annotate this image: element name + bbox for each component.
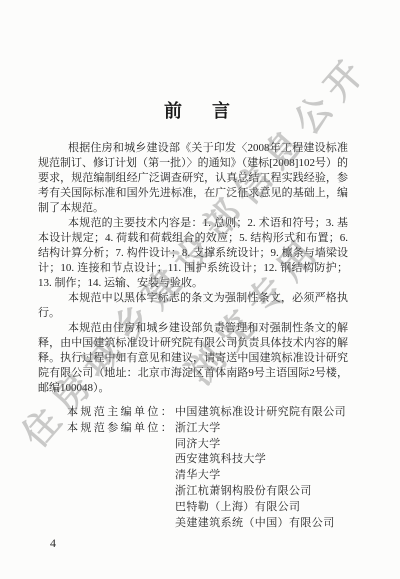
editing-organizations: 本规范主编单位： 中国建筑标准设计研究院有限公司 本规范参编单位： 浙江大学 同…	[38, 405, 348, 531]
participant-row: 浙江杭萧钢构股份有限公司	[38, 484, 348, 500]
participant-row: 巴特勒（上海）有限公司	[38, 500, 348, 516]
document-body: 根据住房和城乡建设部《关于印发〈2008年工程建设标准规范制订、修订计划（第一批…	[38, 141, 348, 531]
chief-editor-row: 本规范主编单位： 中国建筑标准设计研究院有限公司	[38, 405, 348, 421]
paragraph-contents: 本规范的主要技术内容是：1. 总则；2. 术语和符号；3. 基本设计规定；4. …	[38, 216, 348, 291]
chief-editor-value: 中国建筑标准设计研究院有限公司	[175, 405, 348, 421]
participant-item: 清华大学	[175, 469, 221, 481]
participant-item: 同济大学	[175, 438, 221, 450]
participant-item: 美建建筑系统（中国）有限公司	[175, 517, 335, 529]
participant-item: 西安建筑科技大学	[175, 453, 266, 465]
participant-row: 美建建筑系统（中国）有限公司	[38, 516, 348, 532]
participant-item: 浙江大学	[175, 421, 348, 437]
paragraph-management: 本规范由住房和城乡建设部负责管理和对强制性条文的解释，由中国建筑标准设计研究院有…	[38, 321, 348, 396]
paragraph-basis: 根据住房和城乡建设部《关于印发〈2008年工程建设标准规范制订、修订计划（第一批…	[38, 141, 348, 216]
page-title: 前 言	[0, 97, 400, 123]
participant-item: 浙江杭萧钢构股份有限公司	[175, 485, 312, 497]
participant-row: 本规范参编单位： 浙江大学	[38, 421, 348, 437]
participant-row: 同济大学	[38, 437, 348, 453]
participant-row: 西安建筑科技大学	[38, 452, 348, 468]
chief-editor-label: 本规范主编单位：	[67, 405, 175, 421]
page-number: 4	[50, 536, 56, 551]
scanned-document-page: 前 言 根据住房和城乡建设部《关于印发〈2008年工程建设标准规范制订、修订计划…	[0, 0, 400, 579]
participant-row: 清华大学	[38, 468, 348, 484]
paragraph-mandatory-provisions: 本规范中以黑体字标志的条文为强制性条文，必须严格执行。	[38, 291, 348, 321]
participant-label: 本规范参编单位：	[67, 421, 175, 437]
participant-item: 巴特勒（上海）有限公司	[175, 501, 300, 513]
